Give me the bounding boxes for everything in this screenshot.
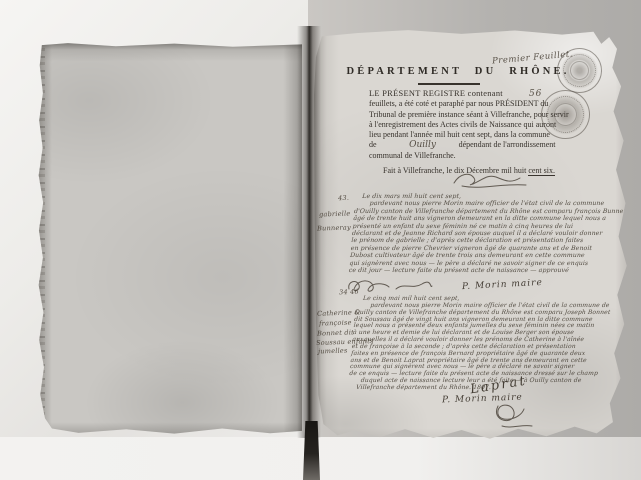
notice-text: dépendant de l'arrondissement (459, 140, 556, 150)
mayor-signature: P. Morin maire (462, 278, 543, 292)
act-line: ce dit jour — lecture faite du présent a… (348, 267, 605, 274)
book-gutter (297, 26, 321, 438)
notice-line: lieu pendant l'année mil huit cent sept,… (369, 130, 601, 140)
act-line: pardevant nous pierre Morin maire offici… (369, 200, 611, 207)
notice-line: de Ouilly dépendant de l'arrondissement (369, 140, 601, 150)
left-blank-page (36, 42, 302, 434)
act-line: âgé de trente huit ans vigneron demeuran… (353, 215, 610, 222)
notice-text: de (369, 140, 377, 150)
scan-background-bottom (0, 437, 641, 480)
register-notice: LE PRÉSENT REGISTRE contenant56 feuillet… (369, 89, 601, 176)
act-margin-number: 43. (338, 194, 349, 202)
birth-act-entry: Le cinq mai mil huit cent sept, pardevan… (348, 296, 612, 392)
notice-line: à l'enregistrement des Actes civils de N… (369, 120, 601, 130)
president-signature-flourish-icon (450, 170, 534, 190)
act-line: en présence de pierre Chevrier vigneron … (350, 245, 607, 252)
page-title: DÉPARTEMENT DU RHÔNE. (332, 66, 584, 77)
handwritten-commune-name: Ouilly (387, 140, 459, 150)
signature-rubric-flourish-icon (488, 400, 548, 430)
title-rule (418, 83, 480, 85)
notice-line: Tribunal de première instance séant à Vi… (369, 110, 601, 120)
act-line: le prénom de gabrielle ; d'après cette d… (351, 237, 608, 244)
act-margin-name: gabrielle (319, 209, 351, 218)
notice-line: communal de Villefranche. (369, 151, 601, 161)
act-line: présenté un enfant du sexe féminin né ce… (352, 223, 609, 230)
notice-text: LE PRÉSENT REGISTRE contenant (369, 89, 503, 98)
act-line: Le dix mars mil huit cent sept, (362, 193, 612, 200)
act-margin-name: jumelles (318, 346, 348, 355)
act-margin-name: Bunneray (317, 223, 351, 232)
act-margin-name: françoise (319, 318, 352, 327)
book-spine (303, 421, 320, 480)
notice-line: LE PRÉSENT REGISTRE contenant56 (369, 89, 601, 99)
act-line: d'Ouilly canton de Villefranche départem… (354, 208, 611, 215)
register-page: Premier Feuillet. DÉPARTEMENT DU RHÔNE. … (314, 28, 628, 445)
notice-line: feuillets, a été coté et paraphé par nou… (369, 99, 601, 109)
birth-act-entry: Le dix mars mil huit cent sept, pardevan… (348, 193, 611, 274)
book-scan: Premier Feuillet. DÉPARTEMENT DU RHÔNE. … (0, 0, 641, 480)
act-line: qui signèrent avec nous — le père a décl… (349, 260, 606, 267)
act-margin-name: Bonnet dit (317, 328, 354, 337)
handwritten-folio-count: 56 (529, 89, 542, 99)
act-line: déclarant et de Jeanne Richard son épous… (352, 230, 609, 237)
act-line: Dubost cultivateur âgé de trente trois a… (350, 252, 607, 259)
